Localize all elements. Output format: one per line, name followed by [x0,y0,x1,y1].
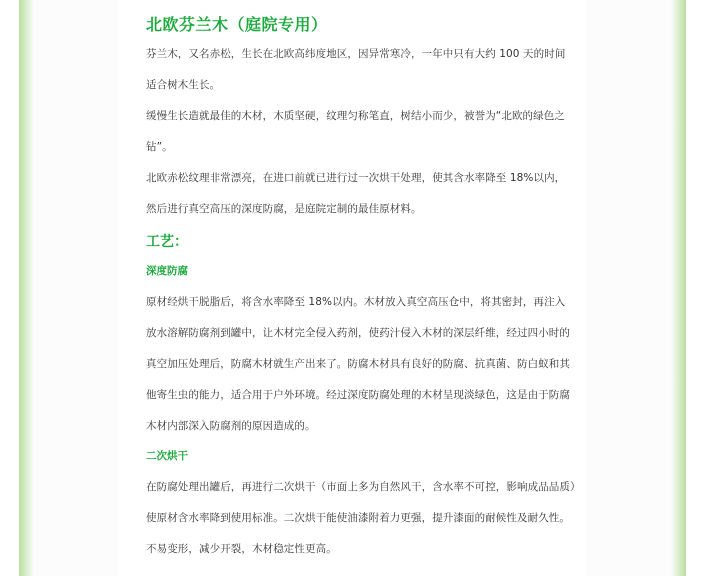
intro-line: 北欧赤松纹理非常漂亮，在进口前就已进行过一次烘干处理，使其含水率降至 18%以内… [146,170,565,185]
section-line: 使原材含水率降到使用标准。二次烘干能使油漆附着力更强，提升漆面的耐候性及耐久性。 [146,510,570,525]
section-line: 在防腐处理出罐后，再进行二次烘干（市面上多为自然风干，含水率不可控，影响成品品质… [146,479,581,494]
intro-line: 钻”。 [146,139,173,154]
craft-heading: 工艺： [146,231,188,251]
section-line: 不易变形，减少开裂，木材稳定性更高。 [146,541,337,556]
frame-border-right [671,0,686,576]
section-line: 他寄生虫的能力，适合用于户外环境。经过深度防腐处理的木材呈现淡绿色，这是由于防腐 [146,387,570,402]
intro-line: 缓慢生长造就最佳的木材，木质坚硬，纹理匀称笔直，树结小而少，被誉为“北欧的绿色之 [146,108,565,123]
intro-line: 适合树木生长。 [146,77,220,92]
section-heading-secondary-drying: 二次烘干 [146,448,188,463]
section-line: 放水溶解防腐剂到罐中，让木材完全侵入药剂，使药汁侵入木材的深层纤维，经过四小时的 [146,325,570,340]
section-line: 真空加压处理后，防腐木材就生产出来了。防腐木材具有良好的防腐、抗真菌、防白蚁和其 [146,356,570,371]
article-title: 北欧芬兰木（庭院专用） [146,12,328,35]
section-line: 原材经烘干脱脂后，将含水率降至 18%以内。木材放入真空高压仓中，将其密封，再注… [146,294,565,309]
section-line: 木材内部深入防腐剂的原因造成的。 [146,418,316,433]
frame-border-left [19,0,34,576]
intro-line: 然后进行真空高压的深度防腐，是庭院定制的最佳原材料。 [146,201,422,216]
intro-line: 芬兰木，又名赤松，生长在北欧高纬度地区，因异常寒冷，一年中只有大约 100 天的… [146,46,565,61]
section-heading-deep-preservation: 深度防腐 [146,263,188,278]
